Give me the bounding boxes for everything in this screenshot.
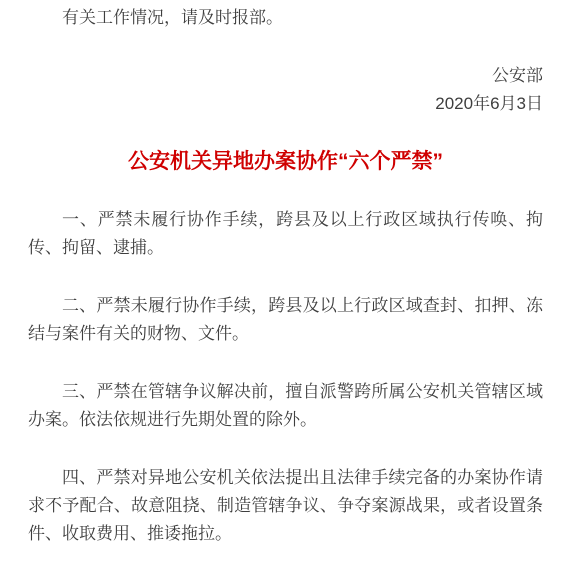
signature-block: 公安部 2020年6月3日 bbox=[28, 62, 543, 118]
prohibition-paragraph-3: 三、严禁在管辖争议解决前，擅自派警跨所属公安机关管辖区域办案。依法依规进行先期处… bbox=[28, 378, 543, 434]
prohibition-paragraph-1: 一、严禁未履行协作手续，跨县及以上行政区域执行传唤、拘传、拘留、逮捕。 bbox=[28, 206, 543, 262]
document-page: 有关工作情况，请及时报部。 公安部 2020年6月3日 公安机关异地办案协作“六… bbox=[0, 0, 564, 574]
signature-org: 公安部 bbox=[28, 62, 543, 90]
document-title: 公安机关异地办案协作“六个严禁” bbox=[28, 148, 543, 176]
prohibition-paragraph-4: 四、严禁对异地公安机关依法提出且法律手续完备的办案协作请求不予配合、故意阻挠、制… bbox=[28, 464, 543, 548]
intro-paragraph: 有关工作情况，请及时报部。 bbox=[28, 4, 543, 32]
signature-date: 2020年6月3日 bbox=[28, 90, 543, 118]
prohibition-paragraph-2: 二、严禁未履行协作手续，跨县及以上行政区域查封、扣押、冻结与案件有关的财物、文件… bbox=[28, 292, 543, 348]
